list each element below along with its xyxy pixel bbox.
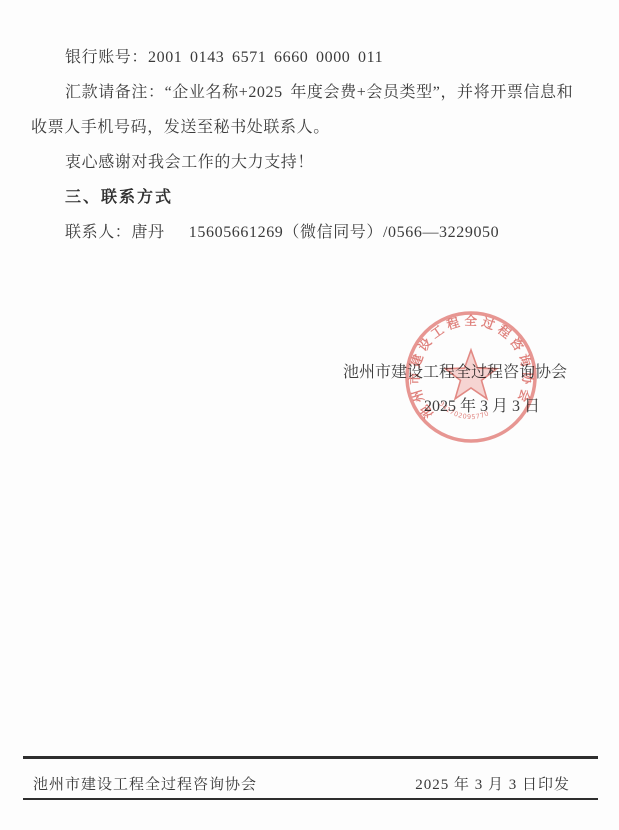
remit-note-line-1: 汇款请备注：“企业名称+2025 年度会费+会员类型”，并将开票信息和 xyxy=(31,75,591,110)
footer: 池州市建设工程全过程咨询协会 2025 年 3 月 3 日印发 xyxy=(23,769,598,797)
seal-code-holder: 341702095770 xyxy=(437,400,490,421)
official-seal: 池州市建设工程全过程咨询协会 341702095770 xyxy=(391,297,551,457)
footer-issue-date: 2025 年 3 月 3 日印发 xyxy=(415,773,598,794)
footer-top-rule xyxy=(23,756,598,759)
document-page: 银行账号：2001 0143 6571 6660 0000 011 汇款请备注：… xyxy=(0,0,619,830)
footer-bottom-rule xyxy=(23,798,598,800)
contact-person-line: 联系人：唐丹 15605661269（微信同号）/0566—3229050 xyxy=(31,215,591,250)
thanks-line: 衷心感谢对我会工作的大力支持！ xyxy=(31,145,591,180)
remit-note-line-2: 收票人手机号码，发送至秘书处联系人。 xyxy=(31,110,591,145)
bank-account-line: 银行账号：2001 0143 6571 6660 0000 011 xyxy=(31,40,591,75)
document-body: 银行账号：2001 0143 6571 6660 0000 011 汇款请备注：… xyxy=(31,40,591,250)
seal-code-text: 341702095770 xyxy=(437,400,490,421)
footer-org-name: 池州市建设工程全过程咨询协会 xyxy=(23,773,257,794)
contact-section-heading: 三、联系方式 xyxy=(31,180,591,215)
seal-star-icon xyxy=(445,350,496,399)
